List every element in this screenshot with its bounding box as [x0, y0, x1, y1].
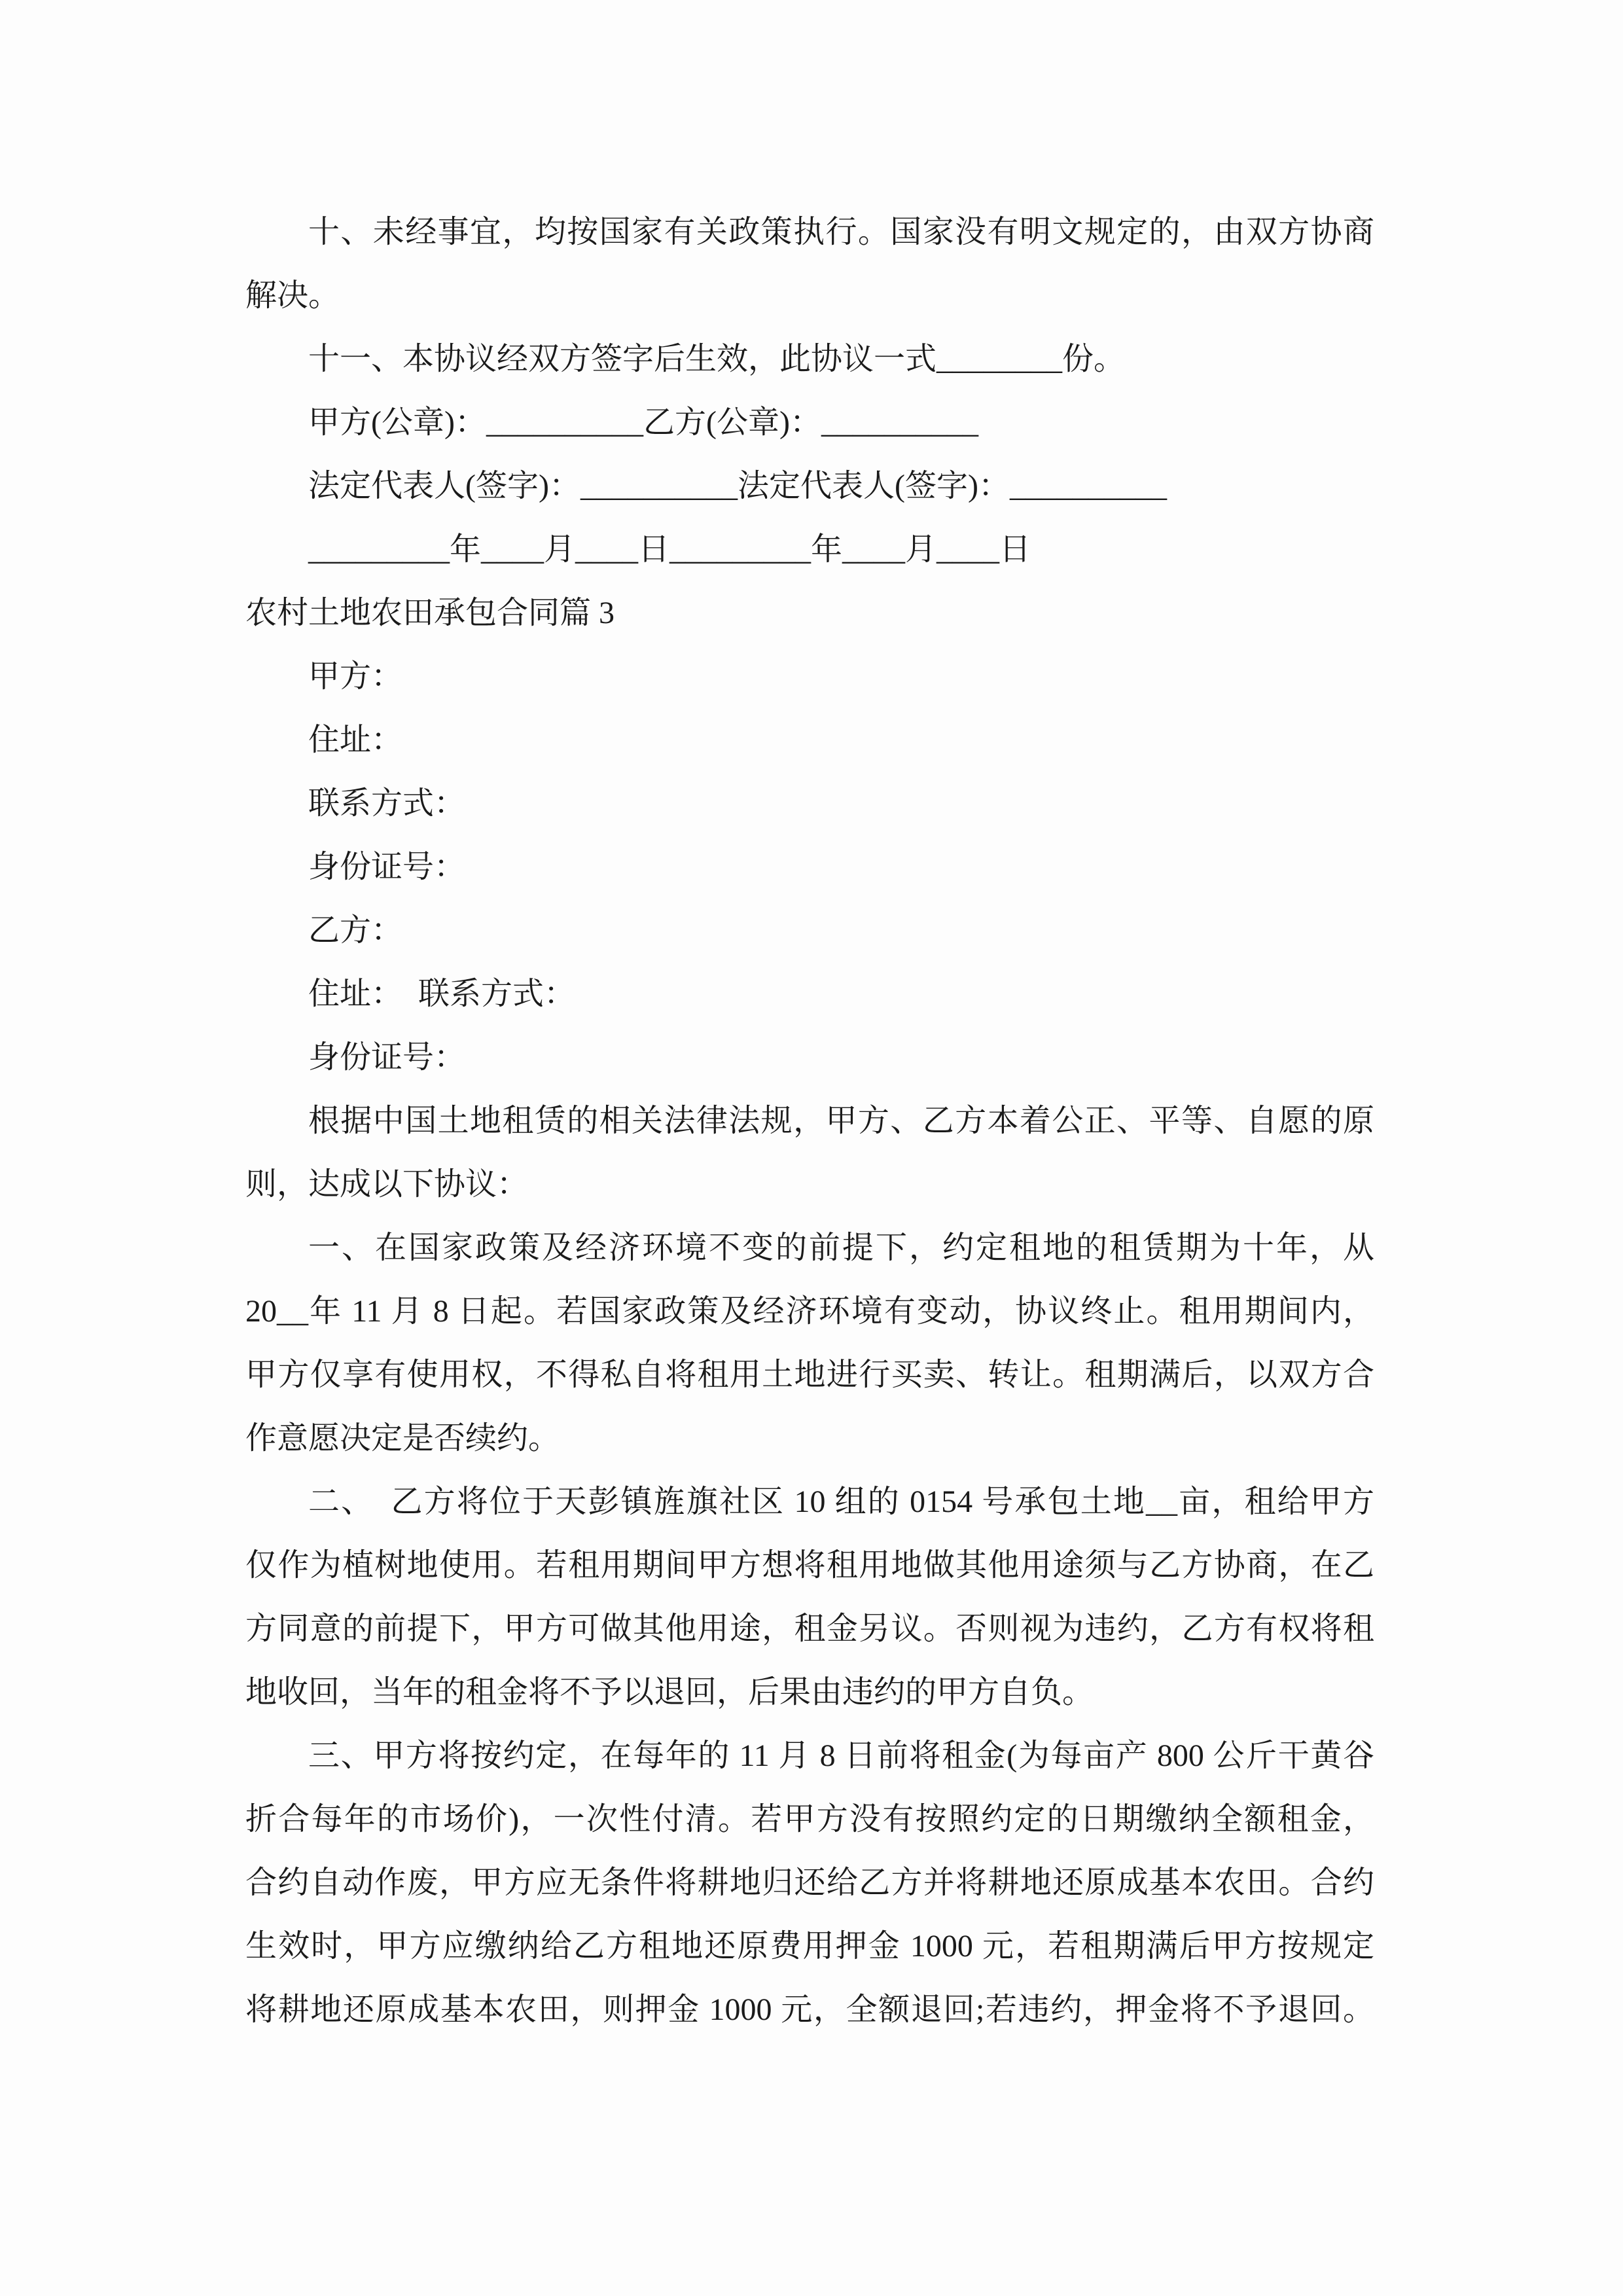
text-line: 折合每年的市场价)，一次性付清。若甲方没有按照约定的日期缴纳全额租金，	[245, 1787, 1374, 1851]
text-line: 十一、本协议经双方签字后生效，此协议一式________份。	[245, 327, 1374, 391]
text-line: 则，达成以下协议：	[245, 1153, 1374, 1216]
text-line: 甲方仅享有使用权，不得私自将租用土地进行买卖、转让。租期满后，以双方合	[245, 1343, 1374, 1407]
text-line: 20__年 11 月 8 日起。若国家政策及经济环境有变动，协议终止。租用期间内…	[245, 1280, 1374, 1343]
text-line: 将耕地还原成基本农田，则押金 1000 元，全额退回;若违约，押金将不予退回。	[245, 1978, 1374, 2041]
text-line: 乙方：	[245, 899, 1374, 962]
text-line: 联系方式：	[245, 772, 1374, 835]
text-line: 身份证号：	[245, 835, 1374, 899]
text-line: 作意愿决定是否续约。	[245, 1407, 1374, 1470]
text-line: _________年____月____日_________年____月____日	[245, 518, 1374, 581]
text-line: 三、甲方将按约定，在每年的 11 月 8 日前将租金(为每亩产 800 公斤干黄…	[245, 1724, 1374, 1787]
text-line: 生效时，甲方应缴纳给乙方租地还原费用押金 1000 元，若租期满后甲方按规定	[245, 1914, 1374, 1978]
text-line: 方同意的前提下，甲方可做其他用途，租金另议。否则视为违约，乙方有权将租	[245, 1597, 1374, 1660]
text-line: 根据中国土地租赁的相关法律法规，甲方、乙方本着公正、平等、自愿的原	[245, 1089, 1374, 1153]
text-line: 甲方：	[245, 645, 1374, 708]
contract-document-page: 十、未经事宜，均按国家有关政策执行。国家没有明文规定的，由双方协商解决。十一、本…	[0, 0, 1623, 2296]
text-line: 法定代表人(签字)：__________法定代表人(签字)：__________	[245, 454, 1374, 518]
text-line: 身份证号：	[245, 1026, 1374, 1089]
text-line: 一、在国家政策及经济环境不变的前提下，约定租地的租赁期为十年，从	[245, 1216, 1374, 1280]
text-line: 合约自动作废，甲方应无条件将耕地归还给乙方并将耕地还原成基本农田。合约	[245, 1851, 1374, 1914]
text-line: 农村土地农田承包合同篇 3	[245, 581, 1374, 645]
text-line: 十、未经事宜，均按国家有关政策执行。国家没有明文规定的，由双方协商	[245, 200, 1374, 264]
document-text-block: 十、未经事宜，均按国家有关政策执行。国家没有明文规定的，由双方协商解决。十一、本…	[245, 200, 1374, 2041]
text-line: 二、 乙方将位于天彭镇旌旗社区 10 组的 0154 号承包土地__亩，租给甲方	[245, 1470, 1374, 1534]
text-line: 住址：	[245, 708, 1374, 772]
screenshot-root: { "page": { "background": "#fdfdfd", "te…	[0, 0, 1623, 2296]
text-line: 解决。	[245, 264, 1374, 327]
text-line: 住址： 联系方式：	[245, 962, 1374, 1026]
text-line: 甲方(公章)：__________乙方(公章)：__________	[245, 391, 1374, 454]
text-line: 地收回，当年的租金将不予以退回，后果由违约的甲方自负。	[245, 1660, 1374, 1724]
text-line: 仅作为植树地使用。若租用期间甲方想将租用地做其他用途须与乙方协商，在乙	[245, 1534, 1374, 1597]
